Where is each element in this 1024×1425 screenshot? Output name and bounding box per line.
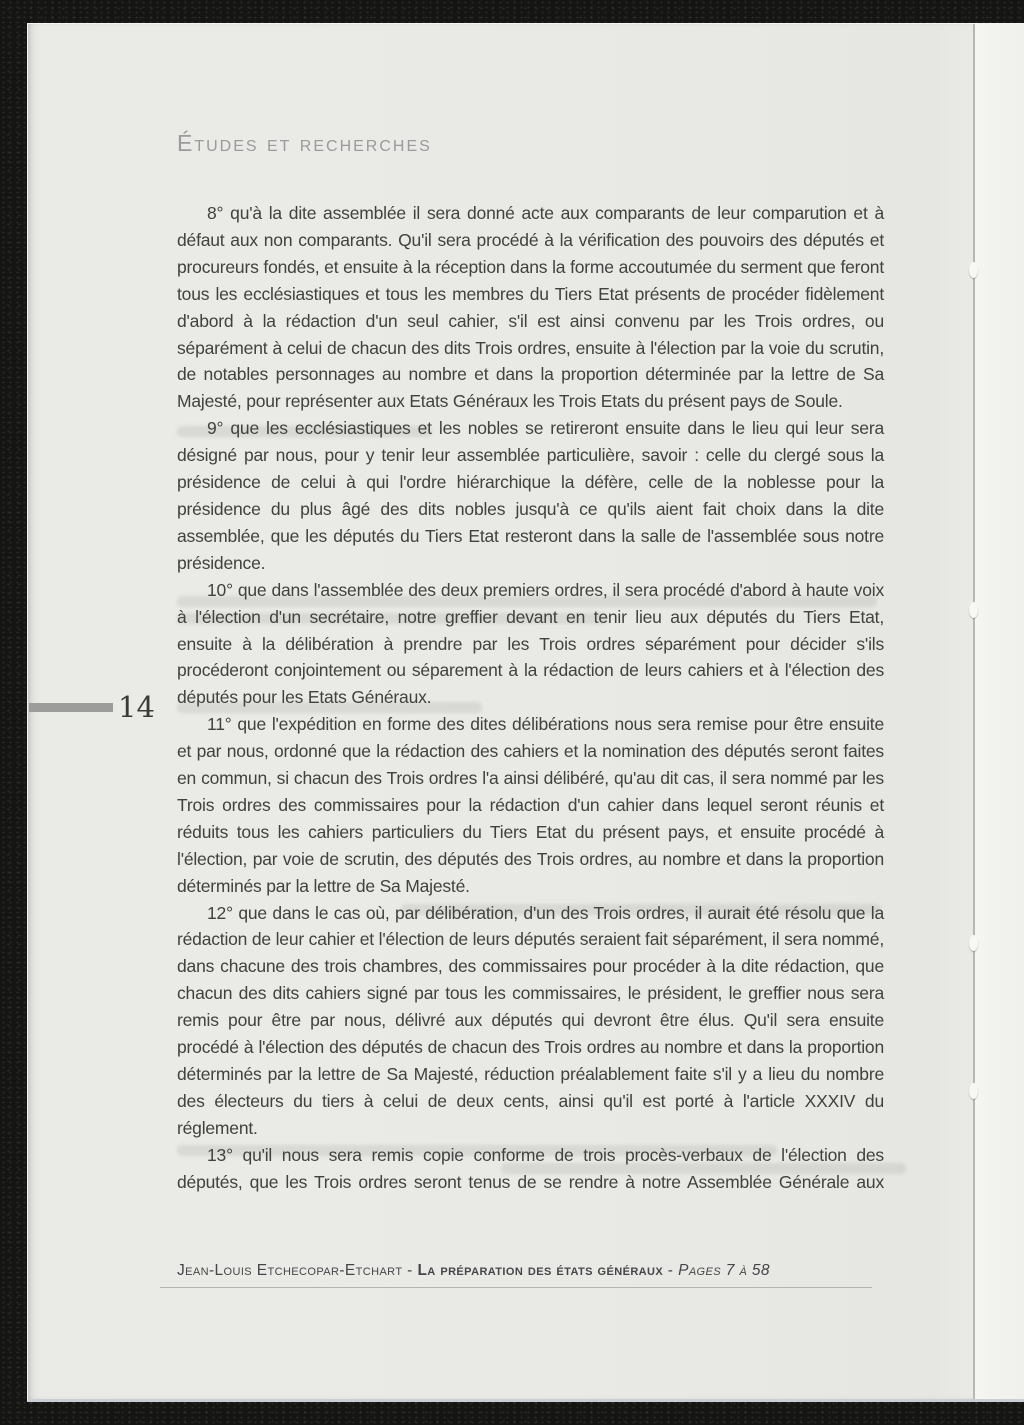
next-page-edge bbox=[975, 24, 1024, 1399]
article-body: 8° qu'à la dite assemblée il sera donné … bbox=[177, 200, 884, 1196]
page-header-running-title: Études et recherches bbox=[177, 130, 432, 157]
margin-page-number: 14 bbox=[118, 690, 155, 724]
footer-page-range: Pages 7 à 58 bbox=[678, 1262, 770, 1279]
body-paragraph: 12° que dans le cas où, par délibération… bbox=[177, 900, 884, 1142]
paper-flaw bbox=[969, 262, 978, 278]
footer-rule bbox=[160, 1287, 872, 1288]
page-number-bar bbox=[29, 703, 113, 712]
body-paragraph: 10° que dans l'assemblée des deux premie… bbox=[177, 577, 884, 712]
footer-article-title: La préparation des états généraux bbox=[417, 1262, 663, 1279]
footer-separator: - bbox=[402, 1262, 417, 1279]
paper-flaw bbox=[969, 935, 978, 951]
body-paragraph: 11° que l'expédition en forme des dites … bbox=[177, 711, 884, 899]
paper-flaw bbox=[969, 602, 978, 618]
body-paragraph: 13° qu'il nous sera remis copie conforme… bbox=[177, 1142, 884, 1196]
body-paragraph: 9° que les ecclésiastiques et les nobles… bbox=[177, 415, 884, 576]
footer-separator: - bbox=[663, 1262, 678, 1279]
body-paragraph: 8° qu'à la dite assemblée il sera donné … bbox=[177, 200, 884, 415]
footer-author: Jean-Louis Etchecopar-Etchart bbox=[177, 1262, 402, 1279]
paper-flaw bbox=[969, 1083, 978, 1099]
book-page: Études et recherches 14 8° qu'à la dite … bbox=[27, 23, 1024, 1402]
scanner-background: Études et recherches 14 8° qu'à la dite … bbox=[0, 0, 1024, 1425]
page-footer: Jean-Louis Etchecopar-Etchart - La prépa… bbox=[177, 1262, 884, 1280]
page-fold-crease bbox=[973, 24, 975, 1399]
